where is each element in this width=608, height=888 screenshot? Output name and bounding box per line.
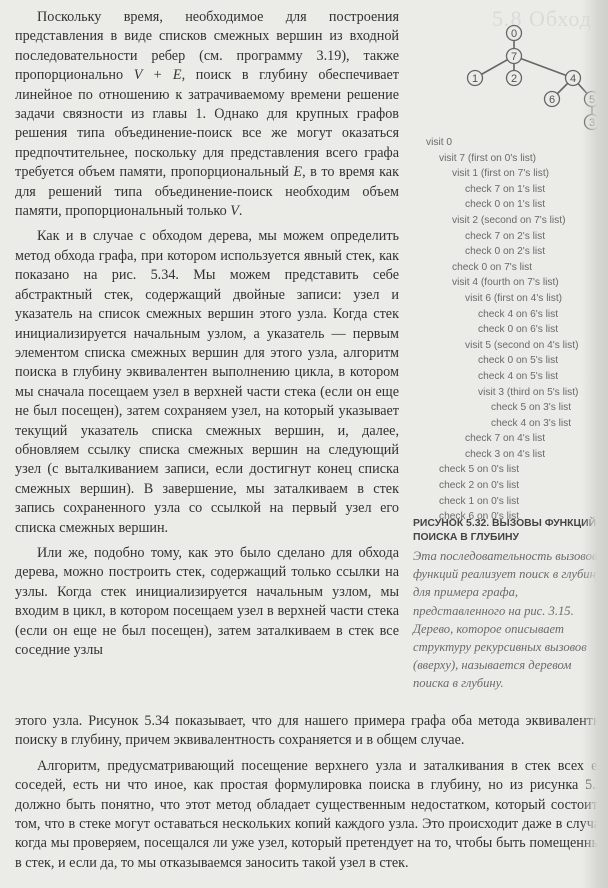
svg-text:6: 6	[549, 94, 555, 106]
caption-body: Эта последовательность вызовов функций р…	[413, 547, 605, 693]
trace-line: check 1 on 0's list	[426, 494, 606, 510]
trace-line: visit 5 (second on 4's list)	[426, 338, 606, 354]
svg-text:3: 3	[589, 117, 595, 129]
trace-line: visit 7 (first on 0's list)	[426, 151, 606, 167]
trace-line: check 0 on 2's list	[426, 244, 606, 260]
tree-node-3: 3	[585, 115, 600, 130]
trace-line: visit 2 (second on 7's list)	[426, 213, 606, 229]
tree-node-2: 2	[507, 71, 522, 86]
dfs-tree-diagram: 07124653	[420, 0, 608, 135]
tree-node-0: 0	[507, 26, 522, 41]
paragraph-stack-drawback: Алгоритм, предусматривающий посещение ве…	[15, 757, 608, 873]
trace-line: check 0 on 7's list	[426, 260, 606, 276]
formula-v-plus-e: V + E	[134, 67, 182, 83]
trace-line: check 0 on 1's list	[426, 197, 606, 213]
trace-line: check 5 on 0's list	[426, 462, 606, 478]
paragraph-continuation: этого узла. Рисунок 5.34 показывает, что…	[15, 712, 608, 751]
variable-e: E	[293, 164, 302, 180]
figure-caption: Рисунок 5.32. Вызовы функций поиска в гл…	[413, 517, 605, 693]
trace-line: visit 3 (third on 5's list)	[426, 385, 606, 401]
trace-line: visit 1 (first on 7's list)	[426, 166, 606, 182]
trace-line: visit 0	[426, 135, 606, 151]
main-text-column: Поскольку время, необходимое для построе…	[15, 8, 399, 660]
variable-v: V	[230, 203, 239, 219]
svg-text:7: 7	[511, 51, 517, 63]
trace-line: visit 6 (first on 4's list)	[426, 291, 606, 307]
trace-line: check 3 on 4's list	[426, 447, 606, 463]
trace-line: check 7 on 4's list	[426, 431, 606, 447]
trace-line: check 7 on 2's list	[426, 229, 606, 245]
tree-edge	[514, 56, 573, 78]
svg-text:4: 4	[570, 73, 576, 85]
trace-line: check 2 on 0's list	[426, 478, 606, 494]
trace-line: check 0 on 5's list	[426, 353, 606, 369]
trace-line: check 4 on 5's list	[426, 369, 606, 385]
tree-node-5: 5	[585, 92, 600, 107]
tree-node-6: 6	[545, 92, 560, 107]
wide-text-block: этого узла. Рисунок 5.34 показывает, что…	[15, 712, 608, 873]
tree-node-1: 1	[468, 71, 483, 86]
svg-text:0: 0	[511, 28, 517, 40]
paragraph-complexity: Поскольку время, необходимое для построе…	[15, 8, 399, 221]
tree-node-7: 7	[507, 49, 522, 64]
trace-line: check 4 on 6's list	[426, 307, 606, 323]
trace-line: check 7 on 1's list	[426, 182, 606, 198]
svg-text:1: 1	[472, 73, 478, 85]
paragraph-node-stack: Или же, подобно тому, как это было сдела…	[15, 544, 399, 660]
trace-line: check 0 on 6's list	[426, 322, 606, 338]
dfs-call-trace: visit 0visit 7 (first on 0's list)visit …	[426, 135, 606, 525]
tree-node-4: 4	[566, 71, 581, 86]
svg-text:5: 5	[589, 94, 595, 106]
trace-line: check 5 on 3's list	[426, 400, 606, 416]
trace-line: check 4 on 3's list	[426, 416, 606, 432]
trace-line: visit 4 (fourth on 7's list)	[426, 275, 606, 291]
svg-text:2: 2	[511, 73, 517, 85]
caption-title: Рисунок 5.32. Вызовы функций поиска в гл…	[413, 517, 605, 545]
paragraph-explicit-stack: Как и в случае с обходом дерева, мы може…	[15, 227, 399, 538]
